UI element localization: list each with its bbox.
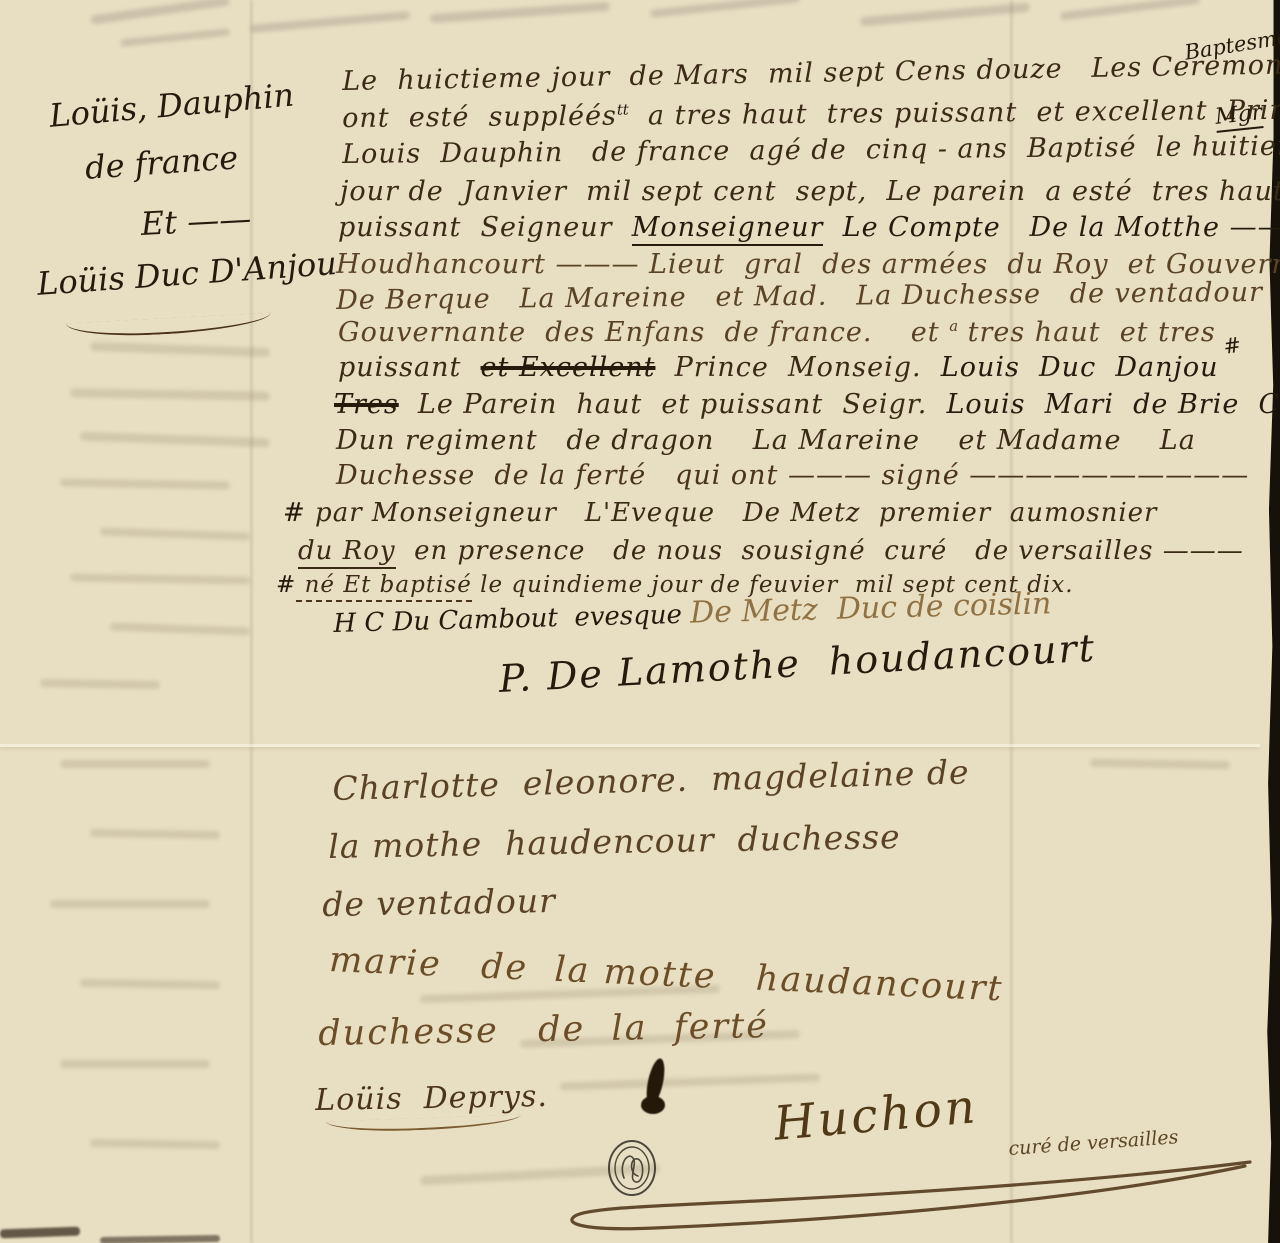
louis-mari-de-brie: Louis Mari de Brie Colonel [946, 389, 1280, 420]
du-roy-underlined: du Roy [298, 536, 396, 569]
body-line-12: Duchesse de la ferté qui ont ——— signé —… [336, 462, 1249, 490]
bleed-mark [100, 527, 250, 540]
body-line-8: Gouvernante des Enfans de france. et a t… [338, 319, 1216, 347]
hash-marker: # [283, 498, 306, 528]
bleed-mark [430, 2, 610, 24]
margin-note-line: Et —— [140, 202, 252, 241]
margin-note-line: Loüis Duc D'Anjou [36, 247, 338, 301]
body-line-3: Louis Dauphin de france agé de cinq - an… [342, 132, 1280, 169]
bleed-mark [40, 679, 160, 689]
signature-laferte-line: duchesse de la ferté [318, 1008, 769, 1053]
bleed-mark [120, 28, 230, 46]
bleed-mark [60, 479, 230, 490]
bleed-mark [90, 342, 270, 357]
monseigneur-underlined: Monseigneur [632, 212, 824, 246]
body-line-9-text: puissant [338, 352, 481, 383]
body-line-4: jour de Janvier mil sept cent sept, Le p… [340, 178, 1280, 206]
body-line-5-text: Le Compte De la Motthe ——— [823, 212, 1280, 243]
vertical-fold-line [250, 0, 253, 1243]
struck-word: Tres [334, 389, 399, 420]
ne-et-baptise-underlined: né Et baptisé [296, 572, 472, 602]
body-line-5: puissant Seigneur Monseigneur Le Compte … [338, 214, 1280, 242]
bleed-mark [1090, 759, 1230, 769]
reference-hash-right: # [1222, 334, 1243, 358]
bleed-mark [250, 11, 410, 33]
signature-ventadour-line: la mothe haudencour duchesse [328, 820, 901, 865]
bleed-mark [110, 623, 250, 636]
body-line-6: Houdhancourt ——— Lieut gral des armées d… [336, 251, 1280, 279]
body-line-8-text: tres haut et tres [958, 317, 1216, 348]
bleed-mark [90, 0, 230, 25]
bleed-mark [80, 432, 270, 448]
body-line-2-text: a tres haut tres puissant et excellent P… [629, 94, 1280, 131]
body-line-9-text: Prince Monseig. [655, 352, 940, 383]
bleed-mark [560, 1073, 820, 1090]
signature-ventadour-line: Charlotte eleonore. magdelaine de [332, 755, 970, 806]
body-line-2-text: ont esté suppléés [342, 101, 617, 134]
mgr-underlined: Mgr [1214, 100, 1264, 133]
bleed-mark [70, 573, 250, 584]
signature-deprys: Loüis Deprys. [315, 1081, 548, 1117]
horizontal-crease [0, 744, 1260, 747]
bleed-mark [650, 0, 800, 18]
margin-note-line: de france [84, 141, 239, 185]
body-line-9: puissant et Excellent Prince Monseig. Lo… [338, 354, 1219, 382]
annotation-1-text: par Monseigneur L'Eveque De Metz premier… [306, 498, 1158, 528]
body-line-1: Le huictieme jour de Mars mil sept Cens … [342, 50, 1280, 96]
annotation-line-1: # par Monseigneur L'Eveque De Metz premi… [283, 500, 1157, 527]
signature-huchon: Huchon [772, 1082, 980, 1149]
bleed-mark [1060, 0, 1200, 21]
round-monogram-stamp-icon [606, 1138, 658, 1202]
margin-flourish [66, 313, 272, 340]
stamp-icon [606, 1138, 658, 1198]
ink-blot [641, 1096, 665, 1114]
body-line-7: De Berque La Mareine et Mad. La Duchesse… [336, 279, 1263, 315]
annotation-2-text: en presence de nous sousigné curé de ver… [396, 536, 1244, 566]
ink-fragment [100, 1235, 220, 1243]
margin-note-line: Loüis, Dauphin [48, 79, 295, 134]
bleed-mark [70, 388, 270, 400]
body-line-10-text: Le Parein haut et puissant Seigr. [399, 389, 947, 420]
ink-fragment [0, 1227, 80, 1239]
superscript-a: a [949, 317, 958, 335]
signature-lamothe-houdancourt: P. De Lamothe houdancourt [498, 629, 1097, 700]
deprys-underline-flourish [326, 1115, 521, 1134]
insertion-mark: tt [617, 100, 629, 118]
body-line-11: Dun regiment de dragon La Mareine et Mad… [336, 427, 1196, 455]
bleed-mark [60, 760, 210, 768]
bleed-mark [80, 979, 220, 989]
struck-words: et Excellent [481, 352, 656, 383]
bleed-mark [60, 1060, 210, 1068]
annotation-line-2: du Roy en presence de nous sousigné curé… [298, 538, 1244, 565]
bleed-mark [90, 829, 220, 839]
mgr-marginal: Mgr [1214, 101, 1263, 129]
body-line-8-text: Gouvernante des Enfans de france. et [338, 317, 949, 348]
louis-duc-danjou: Louis Duc Danjou [941, 352, 1219, 383]
manuscript-page: Baptesme Loüis, Dauphin de france Et —— … [0, 0, 1280, 1243]
body-line-10: Tres Le Parein haut et puissant Seigr. L… [334, 391, 1280, 419]
bleed-mark [50, 900, 210, 908]
signature-bishop-dark: H C Du Cambout evesque [333, 600, 691, 639]
body-line-2: ont esté supplééstt a tres haut tres pui… [342, 96, 1280, 133]
bleed-mark [90, 1139, 220, 1149]
body-line-5-text: puissant Seigneur [338, 212, 632, 243]
hash-marker: # [276, 572, 296, 598]
signature-ventadour-line: de ventadour [322, 884, 556, 923]
bleed-mark [860, 3, 1030, 27]
